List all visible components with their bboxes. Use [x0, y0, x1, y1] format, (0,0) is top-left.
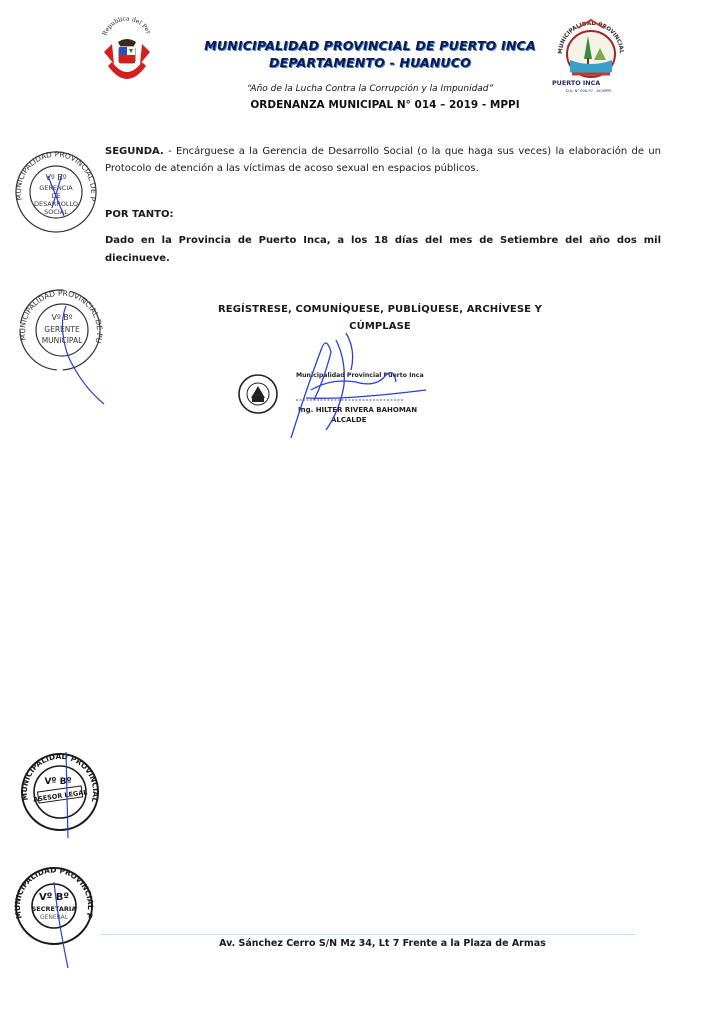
mayor-name: Ing. HILTER RIVERA BAHOMAN	[298, 406, 417, 414]
svg-text:DESARROLLO: DESARROLLO	[34, 200, 78, 208]
ordinance-number: ORDENANZA MUNICIPAL N° 014 – 2019 - MPPI	[215, 99, 555, 111]
municipality-title: MUNICIPALIDAD PROVINCIAL DE PUERTO INCA …	[190, 37, 550, 71]
signature-stamp-line: Municipalidad Provincial Puerto Inca	[296, 372, 424, 379]
municipality-seal-emblem: MUNICIPALIDAD PROVINCIAL DE PUERTO INCA …	[548, 14, 634, 94]
svg-text:ASESOR LEGAL: ASESOR LEGAL	[33, 788, 88, 804]
svg-text:Vº Bº: Vº Bº	[39, 892, 69, 903]
mayor-role: ALCALDE	[331, 416, 367, 424]
svg-text:Republica del Perú: Republica del Perú	[98, 14, 152, 37]
title-line-1: MUNICIPALIDAD PROVINCIAL DE PUERTO INCA	[190, 37, 550, 54]
mayor-signature-block: Municipalidad Provincial Puerto Inca Ing…	[236, 330, 436, 440]
peru-emblem-text: Republica del Perú	[98, 14, 152, 37]
svg-text:SOCIAL: SOCIAL	[44, 208, 68, 216]
svg-text:GENERAL: GENERAL	[40, 914, 69, 921]
approval-stamp-asesor-legal: MUNICIPALIDAD PROVINCIAL DE PUERTO INCA …	[14, 750, 106, 840]
article-label: SEGUNDA.	[105, 146, 164, 157]
footer-address: Av. Sánchez Cerro S/N Mz 34, Lt 7 Frente…	[160, 938, 605, 949]
svg-text:MUNICIPAL: MUNICIPAL	[42, 336, 83, 345]
peru-coat-of-arms-emblem: Republica del Perú	[98, 14, 156, 90]
svg-text:Vº Bº: Vº Bº	[44, 777, 71, 787]
article-segunda: SEGUNDA. - Encárguese a la Gerencia de D…	[105, 143, 661, 177]
por-tanto-heading: POR TANTO:	[105, 206, 661, 223]
svg-text:SECRETARIA: SECRETARIA	[32, 905, 77, 913]
title-line-2: DEPARTAMENTO - HUANUCO	[190, 54, 550, 71]
approval-stamp-gerente-municipal: MUNICIPALIDAD PROVINCIAL DE PUERTO INCA …	[10, 286, 110, 410]
approval-stamp-secretaria-general: MUNICIPALIDAD PROVINCIAL PUERTO INCA Vº …	[6, 860, 102, 972]
svg-text:GERENCIA: GERENCIA	[39, 184, 73, 192]
seal-text-puerto-inca: PUERTO INCA	[552, 79, 600, 87]
footer-divider	[100, 934, 635, 935]
given-date-clause: Dado en la Provincia de Puerto Inca, a l…	[105, 232, 661, 268]
article-text: - Encárguese a la Gerencia de Desarrollo…	[105, 146, 661, 174]
approval-stamp-desarrollo-social: MUNICIPALIDAD PROVINCIAL DE PUERTO INCA …	[8, 148, 104, 238]
svg-text:D.A. N° 006-97 - AG/MPPI: D.A. N° 006-97 - AG/MPPI	[566, 89, 611, 93]
year-motto: “Año de la Lucha Contra la Corrupción y …	[200, 84, 540, 94]
